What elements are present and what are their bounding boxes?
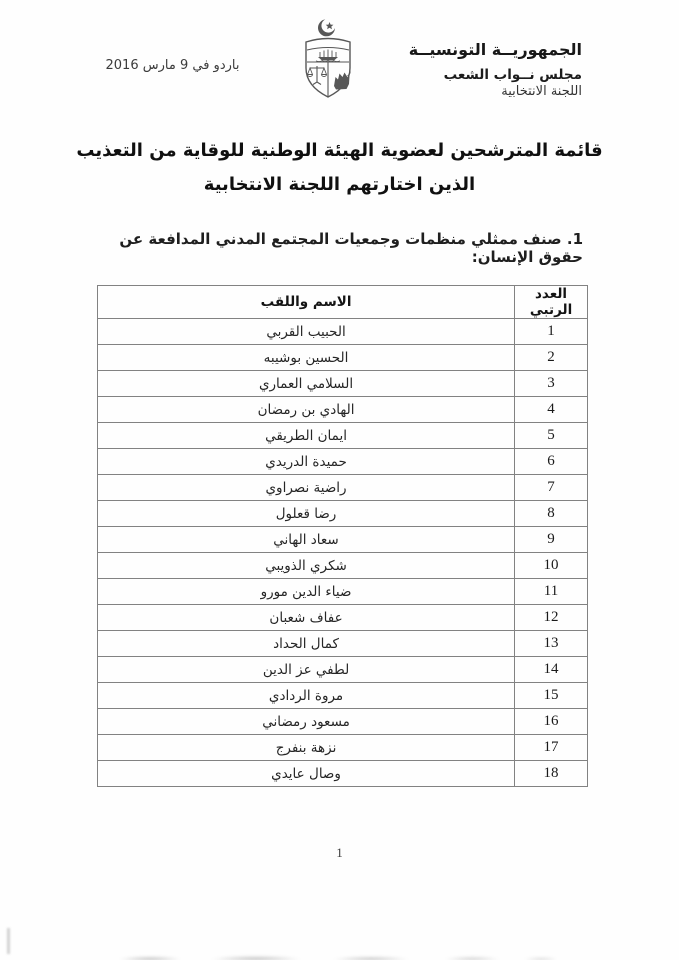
table-row: 11 ضياء الدين مورو (98, 579, 588, 605)
name-cell: ايمان الطريقي (98, 423, 515, 449)
rank-cell: 7 (515, 475, 588, 501)
rank-cell: 1 (515, 319, 588, 345)
table-header-name: الاسم واللقب (98, 286, 515, 319)
name-cell: سعاد الهاني (98, 527, 515, 553)
name-cell: ضياء الدين مورو (98, 579, 515, 605)
table-row: 18 وصال عايدي (98, 761, 588, 787)
table-row: 2 الحسين بوشيبه (98, 345, 588, 371)
table-row: 9 سعاد الهاني (98, 527, 588, 553)
rank-cell: 2 (515, 345, 588, 371)
rank-cell: 8 (515, 501, 588, 527)
section-heading: 1. صنف ممثلي منظمات وجمعيات المجتمع المد… (90, 230, 583, 266)
table-row: 15 مروة الردادي (98, 683, 588, 709)
document-title-line-2: الذين اختارتهم اللجنة الانتخابية (0, 168, 679, 202)
name-cell: نزهة بنفرج (98, 735, 515, 761)
table-row: 13 كمال الحداد (98, 631, 588, 657)
rank-cell: 12 (515, 605, 588, 631)
document-title: قائمة المترشحين لعضوية الهيئة الوطنية لل… (0, 134, 679, 202)
rank-cell: 4 (515, 397, 588, 423)
rank-cell: 6 (515, 449, 588, 475)
table-row: 8 رضا قعلول (98, 501, 588, 527)
document-title-line-1: قائمة المترشحين لعضوية الهيئة الوطنية لل… (0, 134, 679, 168)
table-row: 10 شكري الذويبي (98, 553, 588, 579)
table-row: 17 نزهة بنفرج (98, 735, 588, 761)
name-cell: عفاف شعبان (98, 605, 515, 631)
name-cell: حميدة الدريدي (98, 449, 515, 475)
table-row: 6 حميدة الدريدي (98, 449, 588, 475)
rank-cell: 16 (515, 709, 588, 735)
republic-title: الجمهوريــة التونسيــة (409, 40, 582, 59)
candidates-tbody: 1 الحبيب القربي 2 الحسين بوشيبه 3 السلام… (98, 319, 588, 787)
table-header-row: العدد الرتبي الاسم واللقب (98, 286, 588, 319)
table-row: 14 لطفي عز الدين (98, 657, 588, 683)
name-cell: مروة الردادي (98, 683, 515, 709)
name-cell: الهادي بن رمضان (98, 397, 515, 423)
table-row: 5 ايمان الطريقي (98, 423, 588, 449)
table-row: 12 عفاف شعبان (98, 605, 588, 631)
tunisia-coat-of-arms-icon (296, 16, 360, 102)
table-row: 1 الحبيب القربي (98, 319, 588, 345)
committee-title: اللجنة الانتخابية (409, 84, 582, 99)
name-cell: لطفي عز الدين (98, 657, 515, 683)
table-row: 7 راضية نصراوي (98, 475, 588, 501)
candidates-table: العدد الرتبي الاسم واللقب 1 الحبيب القرب… (97, 285, 588, 787)
table-row: 4 الهادي بن رمضان (98, 397, 588, 423)
rank-cell: 14 (515, 657, 588, 683)
table-row: 3 السلامي العماري (98, 371, 588, 397)
name-cell: كمال الحداد (98, 631, 515, 657)
name-cell: الحبيب القربي (98, 319, 515, 345)
page-number: 1 (0, 845, 679, 861)
name-cell: رضا قعلول (98, 501, 515, 527)
rank-cell: 15 (515, 683, 588, 709)
rank-cell: 5 (515, 423, 588, 449)
scan-edge-mark (7, 928, 10, 954)
rank-cell: 10 (515, 553, 588, 579)
table-header-rank: العدد الرتبي (515, 286, 588, 319)
rank-cell: 11 (515, 579, 588, 605)
name-cell: وصال عايدي (98, 761, 515, 787)
scan-shadow (95, 950, 555, 960)
rank-cell: 18 (515, 761, 588, 787)
rank-cell: 3 (515, 371, 588, 397)
rank-cell: 17 (515, 735, 588, 761)
name-cell: شكري الذويبي (98, 553, 515, 579)
table-row: 16 مسعود رمضاني (98, 709, 588, 735)
government-header: الجمهوريــة التونسيــة مجلس نــواب الشعب… (409, 40, 582, 99)
rank-cell: 9 (515, 527, 588, 553)
document-page: باردو في 9 مارس 2016 (0, 0, 679, 960)
name-cell: الحسين بوشيبه (98, 345, 515, 371)
assembly-title: مجلس نــواب الشعب (409, 67, 582, 83)
document-date: باردو في 9 مارس 2016 (100, 58, 245, 73)
rank-cell: 13 (515, 631, 588, 657)
name-cell: مسعود رمضاني (98, 709, 515, 735)
name-cell: السلامي العماري (98, 371, 515, 397)
name-cell: راضية نصراوي (98, 475, 515, 501)
